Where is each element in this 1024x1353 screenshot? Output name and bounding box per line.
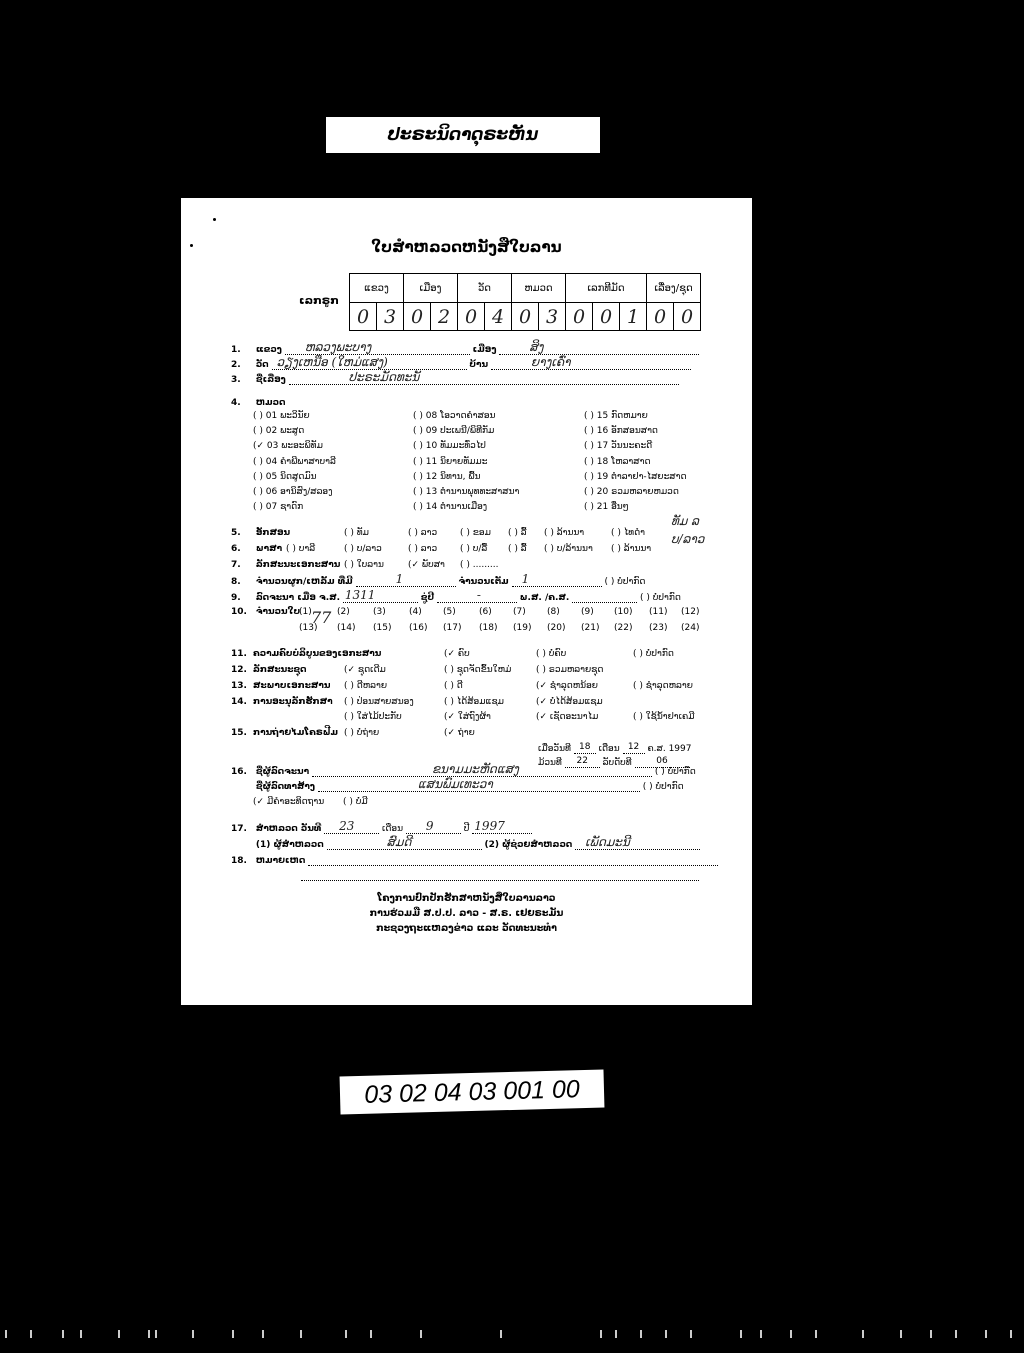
checked-box-icon: (✓ (536, 697, 550, 707)
noise-speck (192, 1330, 194, 1338)
option-label: ຂອມ (473, 528, 491, 538)
option-label: 07 ຊາດົກ (266, 502, 303, 512)
field-label: ລົດຈະນາ ເມື່ອ ຈ.ສ. (256, 593, 340, 603)
cycle-year-field[interactable]: - (437, 591, 517, 603)
option-label: ເຊັດອະນາໄມ (550, 712, 598, 722)
field-label: ເດືອນ (599, 744, 620, 754)
option-label: ໄດ້ສ້ອມແຊມ (457, 697, 504, 707)
option-label: 18 ໂຫລາສາດ (597, 457, 651, 467)
field-label: ແຂວງ (256, 345, 282, 355)
leaf-count-cell[interactable]: (18) (479, 623, 497, 633)
empty-box-icon: ( ) (286, 544, 299, 554)
empty-box-icon: ( ) (344, 681, 357, 691)
ref-digit-cell[interactable]: 0 (647, 303, 674, 331)
leaf-count-cell[interactable]: (23) (649, 623, 667, 633)
leaf-count-cell[interactable]: (20) (547, 623, 565, 633)
item-i13: 13.ສະພາບເອກະສານ (231, 681, 330, 691)
year-value: 1997 (669, 744, 692, 754)
checkbox-option[interactable]: ( ) ລ້ານນາ (544, 528, 584, 538)
empty-box-icon: ( ) (253, 426, 266, 436)
option-label: ລື້ (521, 544, 527, 554)
option-label: ຊຸດຈັດຂຶ້ນໃຫມ່ (457, 665, 512, 675)
collection-title-text: ປະຣະນິດາດຸຣະຫັນ (388, 125, 538, 145)
checkbox-option[interactable]: ( ) ປ່ອນສາຍສນອງ (344, 697, 414, 707)
checkbox-option[interactable]: ( ) ໃສ່ໄມ້ປະກັບ (344, 712, 402, 722)
ref-header: ເມືອງ (404, 274, 458, 303)
item-script: 5. ອັກສອນ (231, 528, 290, 538)
checkbox-option[interactable]: (✓ ມີຄຳອະທິດຖານ (253, 797, 324, 807)
item-i12: 12.ລັກສະນະຊຸດ (231, 665, 306, 675)
leaf-count-cell[interactable]: (16) (409, 623, 427, 633)
empty-box-icon: ( ) (444, 697, 457, 707)
fascicles-present-field[interactable]: 1 (356, 575, 456, 587)
footer-line: ການຮ່ວມມື ສ.ປ.ປ. ລາວ - ສ.ຣ. ເຢຍຣະມັນ (181, 906, 752, 921)
ref-digit-cell[interactable]: 3 (377, 303, 404, 331)
checkbox-option[interactable]: ( ) ບໍ່ຖ່າຍ (344, 728, 379, 738)
option-label: ບ/ລື້ (473, 544, 488, 554)
surveyor-field[interactable]: ສົມດີ (327, 838, 482, 850)
checkbox-option[interactable]: (✓ ຄົບ (444, 649, 470, 659)
leaf-count-cell[interactable]: (10) (614, 607, 632, 617)
leaf-count-cell[interactable]: (21) (581, 623, 599, 633)
checkbox-option[interactable]: ( ) 15 ກົດຫມາຍ (584, 411, 648, 421)
unknown-label: ບໍ່ປາກົດ (668, 767, 696, 777)
ref-digit-cell[interactable]: 1 (620, 303, 647, 331)
empty-box-icon: ( ) (584, 411, 597, 421)
ref-header: ວັດ (458, 274, 512, 303)
field-label: ຈຳນວນເຕັມ (458, 577, 508, 587)
option-label: ທັມ (357, 528, 369, 538)
fascicles-total-field[interactable]: 1 (512, 575, 602, 587)
option-label: 13 ຕຳນານພຸທທະສາສນາ (426, 487, 520, 497)
checkbox-option[interactable]: (✓ ເຊັດອະນາໄມ (536, 712, 598, 722)
checkbox-option[interactable]: ( ) 08 ໂອວາດຄຳສອນ (413, 411, 495, 421)
leaf-count-cell[interactable]: (11) (649, 607, 667, 617)
checkbox-option[interactable]: ( ) ດີຫລາຍ (344, 681, 387, 691)
checkbox-option[interactable]: ( ) ລາວ (408, 528, 437, 538)
empty-box-icon: ( ) (508, 528, 521, 538)
noise-speck (62, 1330, 64, 1338)
option-label: 16 ອັກສອນສາດ (597, 426, 658, 436)
unknown-checkbox[interactable]: ( ) ບໍ່ປາກົດ (655, 767, 696, 777)
village-field[interactable]: ຍາງເຄົ່າ (491, 358, 691, 370)
remarks-field[interactable] (308, 854, 718, 866)
field-label: ບ້ານ (469, 360, 488, 370)
checkbox-option[interactable]: ( ) 19 ຕຳລາຢາ-ໄສຍະສາດ (584, 472, 687, 482)
empty-box-icon: ( ) (413, 457, 426, 467)
checkbox-option[interactable]: ( ) 16 ອັກສອນສາດ (584, 426, 658, 436)
handwritten-value: ແສນພົມເທະວາ (418, 777, 493, 791)
field-label: ພ.ສ. /ຄ.ສ. (520, 593, 570, 603)
checkbox-option[interactable]: ( ) ບໍ່ຄົບ (536, 649, 566, 659)
noise-speck (30, 1330, 32, 1338)
checkbox-option[interactable]: ( ) ໄດ້ສ້ອມແຊມ (444, 697, 504, 707)
field-label: ປີ (464, 824, 470, 834)
checkbox-option[interactable]: ( ) 21 ອື່ນໆ (584, 502, 629, 512)
option-label: 21 ອື່ນໆ (597, 502, 629, 512)
option-label: 09 ປະເພນີ/ພິທີກັມ (426, 426, 495, 436)
item-title: 3. ຊື່ເລື່ອງ ປະຣະມັດທະນັ (231, 373, 679, 385)
empty-box-icon: ( ) (536, 649, 549, 659)
checked-box-icon: (✓ (444, 649, 458, 659)
field-label: ການຖ່າຍໄມໂຄຣຟີມ (253, 728, 338, 738)
ref-header: ແຂວງ (350, 274, 404, 303)
noise-speck (500, 1330, 502, 1338)
empty-box-icon: ( ) (253, 411, 266, 421)
field-label: ເດືອນ (382, 824, 403, 834)
ref-digit-cell[interactable]: 0 (404, 303, 431, 331)
field-label: ຫມາຍເຫດ (256, 856, 305, 866)
district-field[interactable]: ສິງ (499, 343, 699, 355)
ref-digit-cell[interactable]: 0 (512, 303, 539, 331)
option-label: ໃບລານ (357, 560, 384, 570)
form-title: ໃບສຳຫລວດຫນັງສືໃບລານ (181, 238, 752, 256)
month-field[interactable]: 12 (623, 742, 645, 754)
checkbox-option[interactable]: ( ) ໃຊ້ນ້ຳຢາເຄມີ (633, 712, 695, 722)
leaf-count-cell[interactable]: (17) (443, 623, 461, 633)
handwritten-value: 1997 (474, 819, 505, 833)
leaf-count-cell[interactable]: (2) (337, 607, 350, 617)
ref-digit-cell[interactable]: 0 (593, 303, 620, 331)
item-number: 14. (231, 697, 253, 707)
checkbox-option[interactable]: ( ) ບາລີ (286, 544, 315, 554)
ref-digit-cell[interactable]: 0 (674, 303, 701, 331)
unknown-label: ບໍ່ປາກົດ (653, 593, 681, 603)
item-number: 3. (231, 375, 253, 385)
option-label: ພັບສາ (422, 560, 445, 570)
leaf-count-cell[interactable]: (7) (513, 607, 526, 617)
leaf-count-cell[interactable]: (5) (443, 607, 456, 617)
checkbox-option[interactable]: ( ) ບ/ລື້ (460, 544, 487, 554)
checkbox-option[interactable]: ( ) ລ້ານນາ (611, 544, 651, 554)
ref-digit-cell[interactable]: 2 (431, 303, 458, 331)
option-label: ມີຄຳອະທິດຖານ (267, 797, 324, 807)
noise-speck (300, 1330, 302, 1338)
survey-year-field[interactable]: 1997 (472, 822, 532, 834)
checkbox-option[interactable]: (✓ ຊຳລຸດຫນ້ອຍ (536, 681, 598, 691)
option-label: ຣວມຫລາຍຊຸດ (549, 665, 604, 675)
option-label: ບໍ່ມີ (356, 797, 368, 807)
checked-box-icon: (✓ (536, 681, 550, 691)
leaf-count-cell[interactable]: (1) (299, 607, 312, 617)
title-field[interactable]: ປະຣະມັດທະນັ (289, 373, 679, 385)
checkbox-option[interactable]: ( ) 09 ປະເພນີ/ພິທີກັມ (413, 426, 494, 436)
item-number: 1. (231, 345, 253, 355)
option-label: 01 ພະວິນັຍ (266, 411, 310, 421)
noise-speck (760, 1330, 762, 1338)
noise-speck (615, 1330, 617, 1338)
collection-title-label: ປະຣະນິດາດຸຣະຫັນ (326, 117, 600, 153)
empty-box-icon: ( ) (343, 797, 356, 807)
checkbox-option[interactable]: (✓ ບໍ່ໄດ້ສ້ອມແຊມ (536, 697, 603, 707)
option-label: 05 ນິດສູດມົນ (266, 472, 317, 482)
checkbox-option[interactable]: (✓ 03 ພະອະພິທັມ (253, 441, 323, 451)
field-label: ຊື່ຜູ້ລົດທາສ້າງ (256, 782, 315, 792)
noise-speck (345, 1330, 347, 1338)
noise-speck (262, 1330, 264, 1338)
checked-box-icon: (✓ (408, 560, 422, 570)
scribe-field[interactable]: ຂນາມມະຫັດແສງ (312, 765, 652, 777)
empty-box-icon: ( ) (408, 544, 421, 554)
option-label: 20 ຣວມຫລາຍຫມວດ (597, 487, 679, 497)
option-label: ລາວ (421, 528, 437, 538)
checkbox-option[interactable]: ( ) 05 ນິດສູດມົນ (253, 472, 317, 482)
option-label: ບໍ່ຖ່າຍ (357, 728, 379, 738)
speck (213, 218, 216, 221)
empty-box-icon: ( ) (611, 528, 624, 538)
item-fascicles: 8. ຈຳນວນຜູກ/ເຫລັ້ມ ທີ່ມີ 1 ຈຳນວນເຕັມ 1 (… (231, 575, 645, 587)
survey-form-card: ໃບສຳຫລວດຫນັງສືໃບລານ ເລກຣູກ ແຂວງເມືອງວັດຫ… (181, 198, 752, 1005)
item-number: 2. (231, 360, 253, 370)
handwritten-value: ຫລວງພະບາງ (305, 340, 372, 354)
empty-box-icon: ( ) (344, 728, 357, 738)
noise-speck (740, 1330, 742, 1338)
checked-box-icon: (✓ (344, 665, 358, 675)
field-label: ຈຳນວນໃບ (256, 607, 300, 617)
checkbox-option[interactable]: ( ) ຊຳລຸດຫລາຍ (633, 681, 693, 691)
item-number: 12. (231, 665, 253, 675)
checkbox-option[interactable]: ( ) 11 ນິຍາຍທັມມະ (413, 457, 487, 467)
item-i14: 14.ການອະນຸລັກຮັກສາ (231, 697, 333, 707)
leaf-count-cell[interactable]: (24) (681, 623, 699, 633)
field-label: ສຳຫລວດ ວັນທີ (256, 824, 321, 834)
temple-field[interactable]: ວຽງເຫນືອ (ໃຫມ່ແສງ) (272, 358, 467, 370)
option-label: 14 ຕຳນານເມືອງ (426, 502, 487, 512)
option-label: 15 ກົດຫມາຍ (597, 411, 648, 421)
leaf-count-cell[interactable]: (8) (547, 607, 560, 617)
ref-header: ເລກທີມັດ (566, 274, 647, 303)
item-number: 8. (231, 577, 253, 587)
checkbox-option[interactable]: ( ) 18 ໂຫລາສາດ (584, 457, 650, 467)
empty-box-icon: ( ) (584, 426, 597, 436)
ref-digit-cell[interactable]: 0 (566, 303, 593, 331)
noise-speck (900, 1330, 902, 1338)
checkbox-option[interactable]: (✓ ຊຸດເດີມ (344, 665, 386, 675)
empty-box-icon: ( ) (544, 528, 557, 538)
checkbox-option[interactable]: ( ) ......... (460, 560, 499, 570)
checkbox-option[interactable]: ( ) 01 ພະວິນັຍ (253, 411, 310, 421)
handwritten-value: ເພັດມະນີ (585, 835, 630, 849)
catalog-number-label: 03 02 04 03 001 00 (340, 1070, 605, 1115)
noise-speck (1010, 1330, 1012, 1338)
item-remarks: 18. ຫມາຍເຫດ (231, 854, 718, 866)
checkbox-option[interactable]: ( ) ລື້ (508, 544, 527, 554)
checkbox-option[interactable]: ( ) 17 ວັນນະຄະດີ (584, 441, 652, 451)
checkbox-option[interactable]: ( ) 10 ທັມມະທົ່ວໄປ (413, 441, 486, 451)
checkbox-option[interactable]: ( ) 14 ຕຳນານເມືອງ (413, 502, 487, 512)
noise-speck (665, 1330, 667, 1338)
leaf-count-cell[interactable]: (15) (373, 623, 391, 633)
empty-box-icon: ( ) (536, 665, 549, 675)
noise-speck (862, 1330, 864, 1338)
checkbox-option[interactable]: ( ) ບໍ່ມີ (343, 797, 368, 807)
sponsor-field[interactable]: ແສນພົມເທະວາ (318, 780, 640, 792)
handwritten-value: ປະຣະມັດທະນັ (349, 370, 420, 384)
footer-line: ກະຊວງຖະແຫລງຂ່າວ ແລະ ວັດທະນະທຳ (181, 921, 752, 936)
checkbox-option[interactable]: ( ) ຂອມ (460, 528, 491, 538)
option-label: ຄົບ (458, 649, 470, 659)
leaf-count-cell[interactable]: (4) (409, 607, 422, 617)
assistant-field[interactable]: ເພັດມະນີ (575, 838, 700, 850)
option-label: ຊຳລຸດຫນ້ອຍ (550, 681, 598, 691)
checkbox-option[interactable]: ( ) ລາວ (408, 544, 437, 554)
checkbox-option[interactable]: ( ) ບໍ່ປາກົດ (633, 649, 674, 659)
noise-speck (690, 1330, 692, 1338)
checkbox-option[interactable]: ( ) ບ/ລາວ (344, 544, 382, 554)
unknown-checkbox[interactable]: ( ) ບໍ່ປາກົດ (640, 593, 681, 603)
leaf-count-cell[interactable]: (3) (373, 607, 386, 617)
handwritten-value: ຍາງເຄົ່າ (531, 355, 571, 369)
day-field[interactable]: 18 (574, 742, 596, 754)
option-label: ຊຸດເດີມ (358, 665, 386, 675)
empty-box-icon: ( ) (413, 426, 426, 436)
checkbox-option[interactable]: ( ) ທັມ (344, 528, 369, 538)
ref-digit-cell[interactable]: 0 (458, 303, 485, 331)
empty-box-icon: ( ) (253, 502, 266, 512)
empty-box-icon: ( ) (344, 544, 357, 554)
noise-speck (955, 1330, 957, 1338)
checkbox-option[interactable]: (✓ ຖ່າຍ (444, 728, 475, 738)
option-label: 10 ທັມມະທົ່ວໄປ (426, 441, 486, 451)
unknown-label: ບໍ່ປາກົດ (656, 782, 684, 792)
ref-digit-cell[interactable]: 0 (350, 303, 377, 331)
unknown-checkbox[interactable]: ( ) ບໍ່ປາກົດ (604, 577, 645, 587)
noise-speck (985, 1330, 987, 1338)
leaf-count-cell[interactable]: (6) (479, 607, 492, 617)
field-label: ວັດ (256, 360, 269, 370)
checkbox-option[interactable]: ( ) ຊຸດຈັດຂຶ້ນໃຫມ່ (444, 665, 511, 675)
empty-box-icon: ( ) (413, 441, 426, 451)
handwritten-value: 9 (426, 819, 434, 833)
empty-box-icon: ( ) (344, 560, 357, 570)
item-province: 1. ແຂວງ ຫລວງພະບາງ ເມືອງ ສິງ (231, 343, 699, 355)
remarks-field-2[interactable] (301, 869, 699, 881)
item-surveyors: (1) ຜູ້ສຳຫລວດ ສົມດີ (2) ຜູ້ຊ່ວຍສຳຫລວດ ເພ… (231, 838, 700, 850)
checkbox-option[interactable]: (✓ ໃສ່ຖົງຜ້າ (444, 712, 491, 722)
item-category: 4. ຫມວດ (231, 398, 285, 408)
field-label: ຄວາມຄົບບໍລິບູນຂອງເອກະສານ (253, 649, 381, 659)
item-temple: 2. ວັດ ວຽງເຫນືອ (ໃຫມ່ແສງ) ບ້ານ ຍາງເຄົ່າ (231, 358, 691, 370)
checkbox-option[interactable]: ( ) 13 ຕຳນານພຸທທະສາສນາ (413, 487, 519, 497)
option-label: ຊຳລຸດຫລາຍ (646, 681, 693, 691)
option-label: 08 ໂອວາດຄຳສອນ (426, 411, 496, 421)
be-ad-year-field[interactable] (572, 591, 637, 603)
field-label: ລັກສະນະຊຸດ (253, 665, 306, 675)
empty-box-icon: ( ) (253, 457, 266, 467)
checkbox-option[interactable]: ( ) ບ/ລ້ານນາ (544, 544, 593, 554)
handwritten-value: ສິງ (529, 340, 543, 354)
option-label: ໃສ່ໄມ້ປະກັບ (357, 712, 402, 722)
empty-box-icon: ( ) (344, 528, 357, 538)
handwritten-value: 23 (339, 819, 354, 833)
ref-header: ເລື່ອງ/ຊຸດ (647, 274, 701, 303)
leaf-count-cell[interactable]: (14) (337, 623, 355, 633)
checkbox-option[interactable]: ( ) 12 ນິທານ, ພື້ນ (413, 472, 481, 482)
field-label: ລັກສະນະເອກະສານ (256, 560, 340, 570)
option-label: ໃສ່ຖົງຜ້າ (458, 712, 491, 722)
ref-digit-cell[interactable]: 3 (539, 303, 566, 331)
checkbox-option[interactable]: ( ) 06 ອານິສົງ/ສລອງ (253, 487, 332, 497)
checkbox-option[interactable]: (✓ ພັບສາ (408, 560, 445, 570)
checked-box-icon: (✓ (444, 712, 458, 722)
option-label: ບາລີ (299, 544, 315, 554)
field-label: ເມືອງ (473, 345, 497, 355)
ref-digit-cell[interactable]: 4 (485, 303, 512, 331)
empty-box-icon: ( ) (344, 697, 357, 707)
noise-speck (600, 1330, 602, 1338)
footer-line: ໂຄງການປົກປັກຮັກສາຫນັງສືໃບລານລາວ (181, 891, 752, 906)
checkbox-option[interactable]: ( ) ລື້ (508, 528, 527, 538)
empty-box-icon: ( ) (584, 502, 597, 512)
empty-box-icon: ( ) (253, 487, 266, 497)
handwritten-value: ຂນາມມະຫັດແສງ (432, 762, 519, 776)
option-label: ຖ່າຍ (458, 728, 475, 738)
item-number: 16. (231, 767, 253, 777)
checked-box-icon: (✓ (444, 728, 458, 738)
item-date-written: 9. ລົດຈະນາ ເມື່ອ ຈ.ສ. 1311 ຊູ່ປີ - ພ.ສ. … (231, 591, 681, 603)
checkbox-option[interactable]: ( ) 07 ຊາດົກ (253, 502, 303, 512)
option-label: 11 ນິຍາຍທັມມະ (426, 457, 488, 467)
month-value: 12 (628, 742, 639, 752)
field-label: ສະພາບເອກະສານ (253, 681, 330, 691)
field-label: ຊູ່ປີ (421, 593, 434, 603)
empty-box-icon: ( ) (508, 544, 521, 554)
item-number: 7. (231, 560, 253, 570)
item-number: 15. (231, 728, 253, 738)
leaf-count-cell[interactable]: (19) (513, 623, 531, 633)
item-number: 6. (231, 544, 253, 554)
field-label: ຈຳນວນຜູກ/ເຫລັ້ມ ທີ່ມີ (256, 577, 353, 587)
option-label: ລື້ (521, 528, 527, 538)
checkbox-option[interactable]: ( ) 20 ຣວມຫລາຍຫມວດ (584, 487, 679, 497)
cs-year-field[interactable]: 1311 (343, 591, 418, 603)
empty-box-icon: ( ) (344, 712, 357, 722)
item-survey-date: 17. ສຳຫລວດ ວັນທີ 23 ເດືອນ 9 ປີ 1997 (231, 822, 532, 834)
checkbox-option[interactable]: ( ) ດີ (444, 681, 463, 691)
survey-day-field[interactable]: 23 (324, 822, 379, 834)
item-doc-type: 7. ລັກສະນະເອກະສານ (231, 560, 340, 570)
leaf-count-cell[interactable]: (9) (581, 607, 594, 617)
checkbox-option[interactable]: ( ) ຣວມຫລາຍຊຸດ (536, 665, 603, 675)
checkbox-option[interactable]: ( ) ໄທດຳ (611, 528, 645, 538)
item-number: 4. (231, 398, 253, 408)
noise-speck (930, 1330, 932, 1338)
option-label: ລ້ານນາ (624, 544, 651, 554)
checkbox-option[interactable]: ( ) 04 ຄຳພີພາສາບາລີ (253, 457, 336, 467)
option-label: ລ້ານນາ (557, 528, 584, 538)
item-i11: 11.ຄວາມຄົບບໍລິບູນຂອງເອກະສານ (231, 649, 381, 659)
leaf-count-cell[interactable]: (12) (681, 607, 699, 617)
checkbox-option[interactable]: ( ) 02 ພະສູດ (253, 426, 304, 436)
leaf-count-cell[interactable]: (22) (614, 623, 632, 633)
day-value: 18 (579, 742, 590, 752)
noise-speck (118, 1330, 120, 1338)
survey-month-field[interactable]: 9 (406, 822, 461, 834)
checked-box-icon: (✓ (253, 797, 267, 807)
option-label: ໄທດຳ (624, 528, 645, 538)
noise-speck (155, 1330, 157, 1338)
unknown-checkbox[interactable]: ( ) ບໍ່ປາກົດ (643, 782, 684, 792)
checked-box-icon: (✓ (253, 441, 267, 451)
field-label: ອັກສອນ (256, 528, 290, 538)
item-number: 10. (231, 607, 253, 617)
checkbox-option[interactable]: ( ) ໃບລານ (344, 560, 384, 570)
noise-speck (232, 1330, 234, 1338)
province-field[interactable]: ຫລວງພະບາງ (285, 343, 470, 355)
handwritten-value: - (477, 588, 481, 602)
handwritten-value: 1 (522, 572, 530, 586)
empty-box-icon: ( ) (544, 544, 557, 554)
